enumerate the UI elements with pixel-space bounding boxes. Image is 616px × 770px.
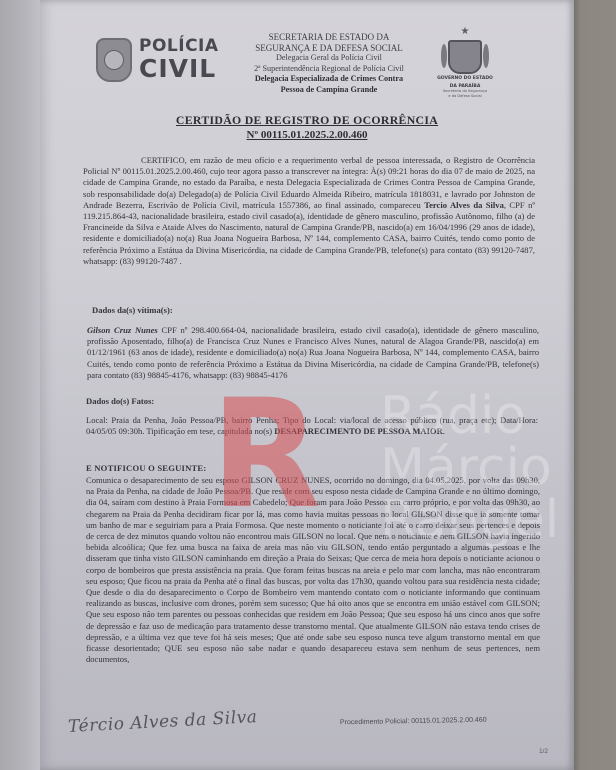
state-seal: ★ GOVERNO DO ESTADO DA PARAÍBA Secretari… — [435, 28, 495, 100]
intro-paragraph: CERTIFICO, em razão de meu ofício e a re… — [83, 155, 535, 267]
facts-heading: Dados do(s) Fatos: — [86, 396, 154, 406]
crime-classification: DESAPARECIMENTO DE PESSOA MAIOR — [274, 426, 443, 436]
complainant-name: Tercio Alves da Silva — [424, 200, 504, 210]
notification-paragraph: Comunica o desaparecimento de seu esposo… — [86, 475, 540, 665]
background-right — [572, 0, 616, 770]
page-number: 1/2 — [539, 748, 548, 755]
victim-heading: Dados da(s) vítima(s): — [92, 305, 173, 315]
document-number: Nº 00115.01.2025.2.00.460 — [40, 129, 574, 141]
victim-paragraph: Gilson Cruz Nunes CPF nº 298.400.664-04,… — [87, 325, 539, 381]
policia-civil-logo: POLÍCIA CIVIL — [139, 38, 219, 81]
victim-name: Gilson Cruz Nunes — [87, 325, 158, 335]
signature: Tércio Alves da Silva — [68, 707, 258, 737]
facts-paragraph: Local: Praia da Penha, João Pessoa/PB, b… — [86, 415, 538, 437]
notification-heading: E NOTIFICOU O SEGUINTE: — [86, 463, 206, 473]
coat-of-arms-icon — [448, 40, 482, 74]
institution-block: SECRETARIA DE ESTADO DA SEGURANÇA E DA D… — [220, 32, 438, 96]
procedure-number: Procedimento Policial: 00115.01.2025.2.0… — [340, 717, 487, 727]
document-header: POLÍCIA CIVIL SECRETARIA DE ESTADO DA SE… — [40, 28, 574, 120]
police-badge-icon — [96, 38, 132, 82]
document-page: POLÍCIA CIVIL SECRETARIA DE ESTADO DA SE… — [40, 0, 574, 770]
star-icon: ★ — [435, 28, 495, 36]
document-title: CERTIDÃO DE REGISTRO DE OCORRÊNCIA — [40, 113, 574, 128]
background-left — [0, 0, 42, 770]
